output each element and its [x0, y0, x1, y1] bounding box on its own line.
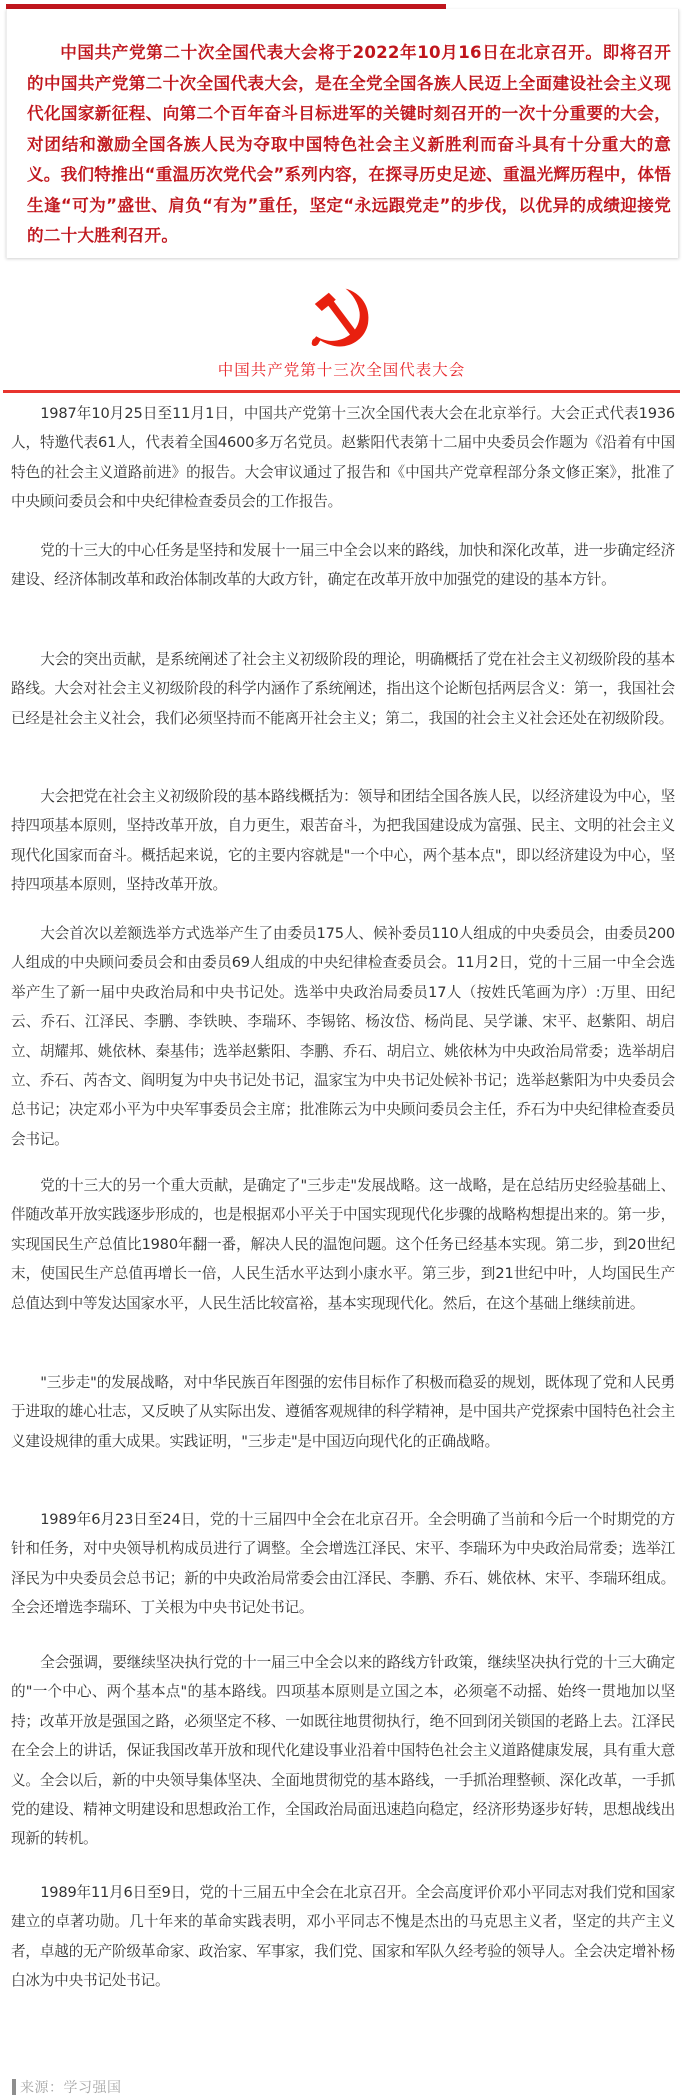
source-attribution: 来源：学习强国	[12, 2078, 122, 2096]
paragraph-elections: 大会首次以差额选举方式选举产生了由委员175人、候补委员110人组成的中央委员会…	[11, 919, 675, 1154]
paragraph-central-task: 党的十三大的中心任务是坚持和发展十一届三中全会以来的路线，加快和深化改革，进一步…	[11, 536, 675, 595]
intro-card: 中国共产党第二十次全国代表大会将于2022年10月16日在北京召开。即将召开的中…	[6, 9, 679, 258]
paragraph-basic-line: 大会把党在社会主义初级阶段的基本路线概括为：领导和团结全国各族人民，以经济建设为…	[11, 782, 675, 900]
paragraph-primary-stage-theory: 大会的突出贡献，是系统阐述了社会主义初级阶段的理论，明确概括了党在社会主义初级阶…	[11, 645, 675, 733]
paragraph-fourth-plenum: 1989年6月23日至24日，党的十三届四中全会在北京召开。全会明确了当前和今后…	[11, 1505, 675, 1623]
party-emblem	[305, 283, 375, 353]
source-marker-bar	[12, 2079, 16, 2095]
paragraph-fifth-plenum: 1989年11月6日至9日，党的十三届五中全会在北京召开。全会高度评价邓小平同志…	[11, 1878, 675, 1996]
hammer-sickle-icon	[305, 283, 375, 353]
source-text: 来源：学习强国	[20, 2077, 122, 2097]
section-title: 中国共产党第十三次全国代表大会	[0, 358, 683, 380]
paragraph-opening: 1987年10月25日至11月1日，中国共产党第十三次全国代表大会在北京举行。大…	[11, 399, 675, 517]
paragraph-plenum-emphasis: 全会强调，要继续坚决执行党的十一届三中全会以来的路线方针政策，继续坚决执行党的十…	[11, 1648, 675, 1854]
paragraph-three-step-significance: "三步走"的发展战略，对中华民族百年图强的宏伟目标作了积极而稳妥的规划，既体现了…	[11, 1368, 675, 1456]
section-divider	[3, 390, 680, 393]
intro-text: 中国共产党第二十次全国代表大会将于2022年10月16日在北京召开。即将召开的中…	[27, 38, 671, 252]
paragraph-three-step-strategy: 党的十三大的另一个重大贡献，是确定了"三步走"发展战略。这一战略，是在总结历史经…	[11, 1171, 675, 1318]
